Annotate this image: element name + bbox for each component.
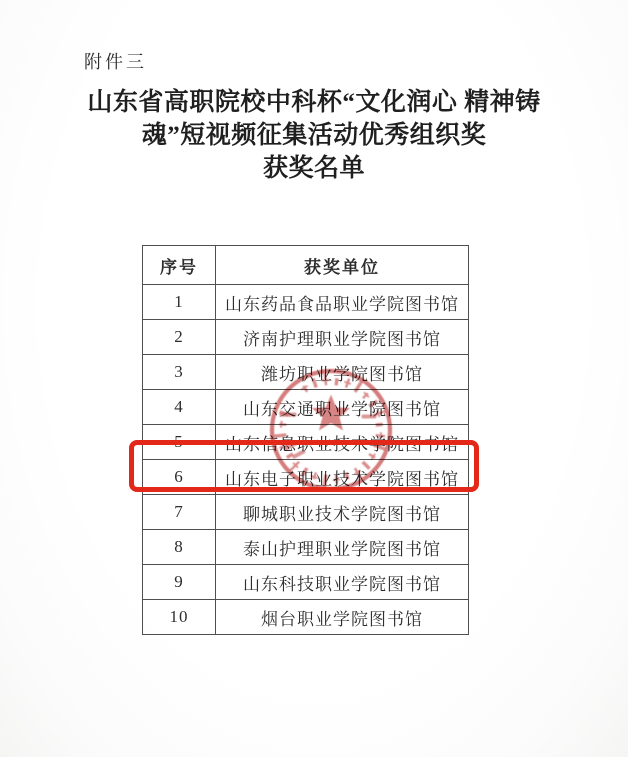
row-number: 4: [143, 390, 216, 425]
table-body: 1 山东药品食品职业学院图书馆 2 济南护理职业学院图书馆 3 潍坊职业学院图书…: [143, 285, 469, 635]
row-number: 10: [143, 600, 216, 635]
table-row: 2 济南护理职业学院图书馆: [143, 320, 469, 355]
row-unit: 山东科技职业学院图书馆: [216, 565, 469, 600]
row-number: 9: [143, 565, 216, 600]
table-row: 7 聊城职业技术学院图书馆: [143, 495, 469, 530]
title-line-1: 山东省高职院校中科杯“文化润心 精神铸: [0, 86, 628, 119]
award-table: 序号 获奖单位 1 山东药品食品职业学院图书馆 2 济南护理职业学院图书馆 3 …: [142, 245, 469, 635]
table-row: 9 山东科技职业学院图书馆: [143, 565, 469, 600]
row-unit: 聊城职业技术学院图书馆: [216, 495, 469, 530]
table-row: 1 山东药品食品职业学院图书馆: [143, 285, 469, 320]
row-number: 1: [143, 285, 216, 320]
row-number: 5: [143, 425, 216, 460]
row-unit: 山东信息职业技术学院图书馆: [216, 425, 469, 460]
row-unit: 烟台职业学院图书馆: [216, 600, 469, 635]
attachment-label: 附件三: [84, 48, 147, 74]
table-row: 10 烟台职业学院图书馆: [143, 600, 469, 635]
row-number: 8: [143, 530, 216, 565]
document-title: 山东省高职院校中科杯“文化润心 精神铸 魂”短视频征集活动优秀组织奖 获奖名单: [0, 86, 628, 185]
row-number: 7: [143, 495, 216, 530]
row-number: 3: [143, 355, 216, 390]
title-line-3: 获奖名单: [0, 152, 628, 185]
row-number: 2: [143, 320, 216, 355]
table-header-no: 序号: [143, 246, 216, 285]
row-unit: 泰山护理职业学院图书馆: [216, 530, 469, 565]
document-page: 附件三 山东省高职院校中科杯“文化润心 精神铸 魂”短视频征集活动优秀组织奖 获…: [0, 0, 628, 757]
table-row: 6 山东电子职业技术学院图书馆: [143, 460, 469, 495]
row-unit: 山东电子职业技术学院图书馆: [216, 460, 469, 495]
table-row: 4 山东交通职业学院图书馆: [143, 390, 469, 425]
table-row: 8 泰山护理职业学院图书馆: [143, 530, 469, 565]
row-unit: 山东药品食品职业学院图书馆: [216, 285, 469, 320]
row-unit: 潍坊职业学院图书馆: [216, 355, 469, 390]
row-unit: 济南护理职业学院图书馆: [216, 320, 469, 355]
row-number: 6: [143, 460, 216, 495]
table-header-unit: 获奖单位: [216, 246, 469, 285]
row-unit: 山东交通职业学院图书馆: [216, 390, 469, 425]
table-header-row: 序号 获奖单位: [143, 246, 469, 285]
table-row: 5 山东信息职业技术学院图书馆: [143, 425, 469, 460]
title-line-2: 魂”短视频征集活动优秀组织奖: [0, 119, 628, 152]
table-row: 3 潍坊职业学院图书馆: [143, 355, 469, 390]
